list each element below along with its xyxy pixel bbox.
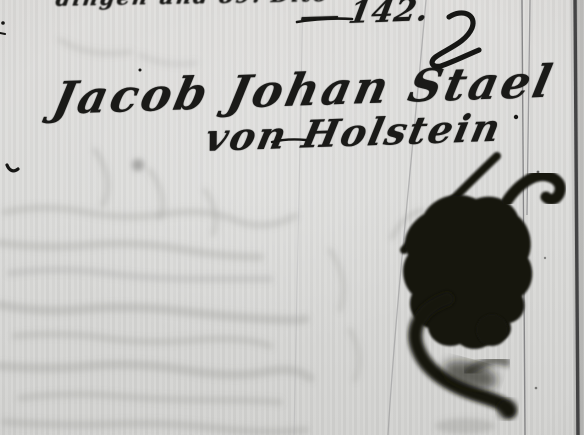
- blot-knob: [476, 314, 508, 346]
- ink-speck: [544, 257, 546, 259]
- ink-speck: [537, 171, 540, 174]
- edge-speck: [0, 33, 5, 34]
- ink-speck: [139, 69, 142, 72]
- pen-connector-dash: [272, 139, 306, 142]
- tick-mark: [7, 165, 18, 171]
- blot-squiggle: [507, 176, 560, 201]
- ink-marks-layer: [0, 0, 584, 435]
- header-dash-stroke: [297, 19, 352, 22]
- pen-flourish: [432, 13, 479, 66]
- ink-speck: [535, 387, 538, 390]
- ink-speck: [1, 21, 5, 25]
- blot-end-fuzz: [497, 399, 517, 419]
- manuscript-page: dingen und 89. Dito — 142. Jacob Johan S…: [0, 0, 584, 435]
- ink-speck: [514, 115, 518, 119]
- ink-blot: [403, 156, 560, 419]
